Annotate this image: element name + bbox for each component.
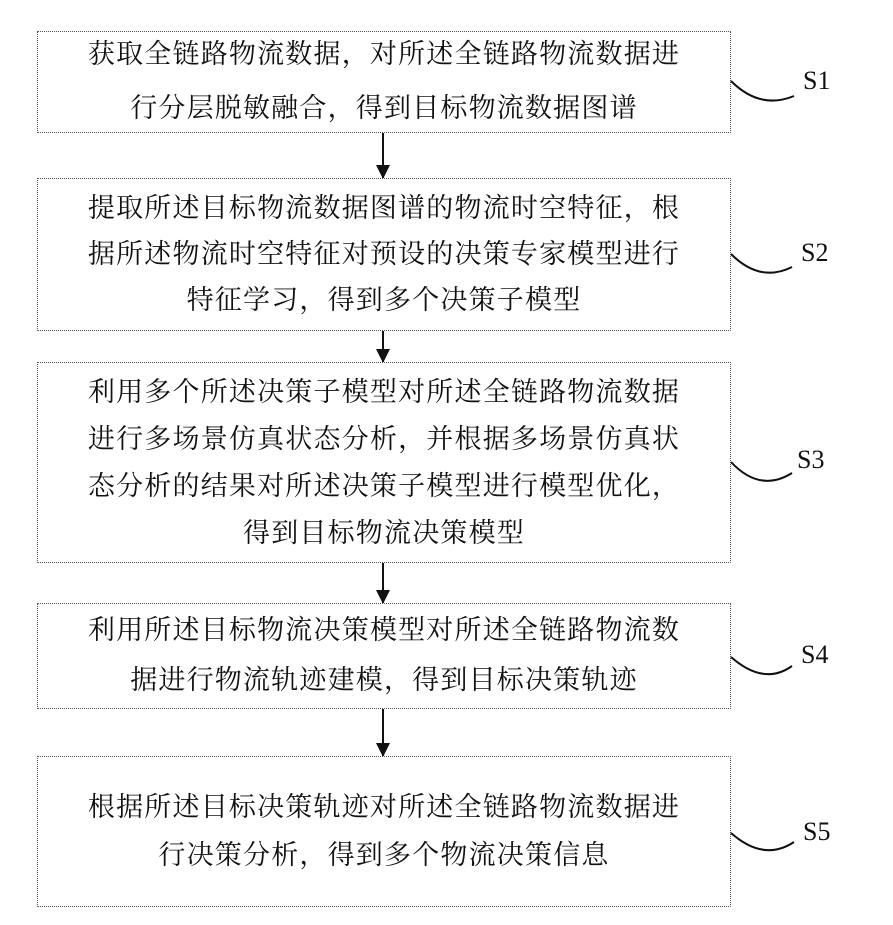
leader-curve-s3	[730, 459, 800, 499]
leader-curve-s2	[730, 251, 800, 291]
step-s1-line-2: 行分层脱敏融合，得到目标物流数据图谱	[130, 82, 638, 136]
step-s3-line-2: 进行多场景仿真状态分析，并根据多场景仿真状	[88, 416, 680, 463]
step-s1-line-1: 获取全链路物流数据，对所述全链路物流数据进	[88, 28, 680, 82]
step-s3-line-1: 利用多个所述决策子模型对所述全链路物流数据	[88, 369, 680, 416]
leader-curve-s4	[730, 654, 800, 694]
step-label-s2: S2	[801, 240, 828, 266]
step-box-s2: 提取所述目标物流数据图谱的物流时空特征，根 据所述物流时空特征对预设的决策专家模…	[37, 178, 731, 331]
step-s5-line-1: 根据所述目标决策轨迹对所述全链路物流数据进	[88, 784, 680, 832]
step-s4-line-2: 据进行物流轨迹建模，得到目标决策轨迹	[130, 656, 638, 706]
step-box-s1: 获取全链路物流数据，对所述全链路物流数据进 行分层脱敏融合，得到目标物流数据图谱	[37, 31, 731, 133]
arrow-s4-to-s5	[382, 709, 384, 756]
step-s2-line-3: 特征学习，得到多个决策子模型	[187, 278, 582, 324]
leader-curve-s1	[730, 78, 800, 118]
step-label-s5: S5	[803, 819, 830, 845]
arrow-s3-to-s4	[382, 563, 384, 603]
arrow-head-icon	[376, 590, 390, 604]
step-s2-line-2: 据所述物流时空特征对预设的决策专家模型进行	[88, 232, 680, 278]
arrow-s1-to-s2	[382, 133, 384, 178]
arrow-head-icon	[376, 165, 390, 179]
step-s4-line-1: 利用所述目标物流决策模型对所述全链路物流数	[88, 606, 680, 656]
arrow-s2-to-s3	[382, 331, 384, 362]
step-s3-line-4: 得到目标物流决策模型	[243, 510, 525, 557]
arrow-head-icon	[376, 349, 390, 363]
leader-curve-s5	[730, 830, 800, 870]
step-s5-line-2: 行决策分析，得到多个物流决策信息	[158, 832, 609, 880]
step-s2-line-1: 提取所述目标物流数据图谱的物流时空特征，根	[88, 186, 680, 232]
step-label-s4: S4	[801, 642, 828, 668]
step-label-s1: S1	[803, 68, 830, 94]
step-box-s3: 利用多个所述决策子模型对所述全链路物流数据 进行多场景仿真状态分析，并根据多场景…	[37, 362, 731, 563]
step-s3-line-3: 态分析的结果对所述决策子模型进行模型优化，	[88, 463, 680, 510]
step-box-s4: 利用所述目标物流决策模型对所述全链路物流数 据进行物流轨迹建模，得到目标决策轨迹	[37, 603, 731, 709]
arrow-head-icon	[376, 743, 390, 757]
step-label-s3: S3	[797, 447, 824, 473]
step-box-s5: 根据所述目标决策轨迹对所述全链路物流数据进 行决策分析，得到多个物流决策信息	[37, 756, 731, 907]
